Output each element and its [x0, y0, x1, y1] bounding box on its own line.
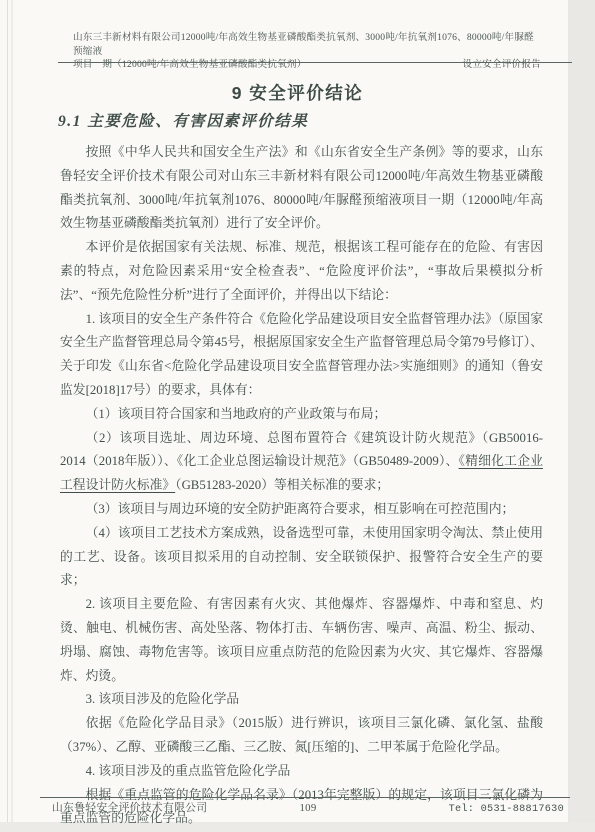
text-segment: （GB51283-2020）等相关标准的要求； [175, 478, 389, 492]
text-segment: （4）该项目工艺技术方案成熟，设备选型可靠，未使用国家明令淘汰、禁止使用的工艺、… [60, 526, 543, 588]
paragraph: 依据《危险化学品目录》（2015版）进行辨识，该项目三氯化磷、氯化氢、盐酸（37… [60, 712, 543, 760]
paragraph: （4）该项目工艺技术方案成熟，设备选型可靠，未使用国家明令淘汰、禁止使用的工艺、… [60, 522, 543, 593]
section-heading: 9.1 主要危险、有害因素评价结果 [58, 109, 308, 131]
body-paragraphs: 按照《中华人民共和国安全生产法》和《山东省安全生产条例》等的要求，山东鲁轻安全评… [60, 141, 543, 831]
footer-company: 山东鲁轻安全评价技术有限公司 [52, 800, 299, 815]
text-segment: （1）该项目符合国家和当地政府的产业政策与布局； [86, 407, 387, 421]
document-page: 山东三丰新材料有限公司12000吨/年高效生物基亚磷酸酯类抗氧剂、3000吨/年… [0, 0, 595, 832]
paragraph: 本评价是依据国家有关法规、标准、规范，根据该工程可能存在的危险、有害因素的特点，… [60, 236, 543, 307]
paragraph: 2. 该项目主要危险、有害因素有火灾、其他爆炸、容器爆炸、中毒和窒息、灼烫、触电… [60, 593, 543, 688]
paragraph: （1）该项目符合国家和当地政府的产业政策与布局； [60, 403, 543, 427]
scan-edge-right-band [569, 0, 595, 832]
text-segment: 按照《中华人民共和国安全生产法》和《山东省安全生产条例》等的要求，山东鲁轻安全评… [60, 145, 543, 230]
page-number: 109 [299, 802, 316, 814]
text-segment: 3. 该项目涉及的危险化学品 [86, 692, 240, 706]
paragraph: 3. 该项目涉及的危险化学品 [60, 688, 543, 712]
text-segment: （3）该项目与周边环境的安全防护距离符合要求，相互影响在可控范围内； [86, 502, 515, 516]
text-segment: 依据《危险化学品目录》（2015版）进行辨识，该项目三氯化磷、氯化氢、盐酸（37… [60, 716, 543, 754]
text-segment: 本评价是依据国家有关法规、标准、规范，根据该工程可能存在的危险、有害因素的特点，… [60, 240, 543, 302]
text-segment: 4. 该项目涉及的重点监管危险化学品 [86, 764, 291, 778]
header-project-line1: 山东三丰新材料有限公司12000吨/年高效生物基亚磷酸酯类抗氧剂、3000吨/年… [73, 31, 541, 58]
text-segment: 1. 该项目的安全生产条件符合《危险化学品建设项目安全监督管理办法》（原国家安全… [60, 312, 543, 397]
text-segment: 2. 该项目主要危险、有害因素有火灾、其他爆炸、容器爆炸、中毒和窒息、灼烫、触电… [60, 597, 543, 682]
header-project-line2: 项目一期（12000吨/年高效生物基亚磷酸酯类抗氧剂） [73, 58, 307, 72]
chapter-title: 9 安全评价结论 [0, 80, 595, 105]
footer-telephone: Tel: 0531-88817630 [317, 804, 564, 815]
footer-rule [40, 797, 570, 798]
paragraph: （2）该项目选址、周边环境、总图布置符合《建筑设计防火规范》（GB50016-2… [60, 427, 543, 498]
page-header: 山东三丰新材料有限公司12000吨/年高效生物基亚磷酸酯类抗氧剂、3000吨/年… [73, 31, 541, 72]
page-footer: 山东鲁轻安全评价技术有限公司 109 Tel: 0531-88817630 [52, 800, 564, 815]
scan-edge-left-shadow [11, 0, 13, 832]
scan-edge-left-line [7, 0, 8, 832]
paragraph: 按照《中华人民共和国安全生产法》和《山东省安全生产条例》等的要求，山东鲁轻安全评… [60, 141, 543, 236]
header-rule [58, 62, 572, 63]
paragraph: 4. 该项目涉及的重点监管危险化学品 [60, 760, 543, 784]
paragraph: （3）该项目与周边环境的安全防护距离符合要求，相互影响在可控范围内； [60, 498, 543, 522]
header-report-type: 设立安全评价报告 [463, 58, 541, 72]
paragraph: 1. 该项目的安全生产条件符合《危险化学品建设项目安全监督管理办法》（原国家安全… [60, 308, 543, 403]
